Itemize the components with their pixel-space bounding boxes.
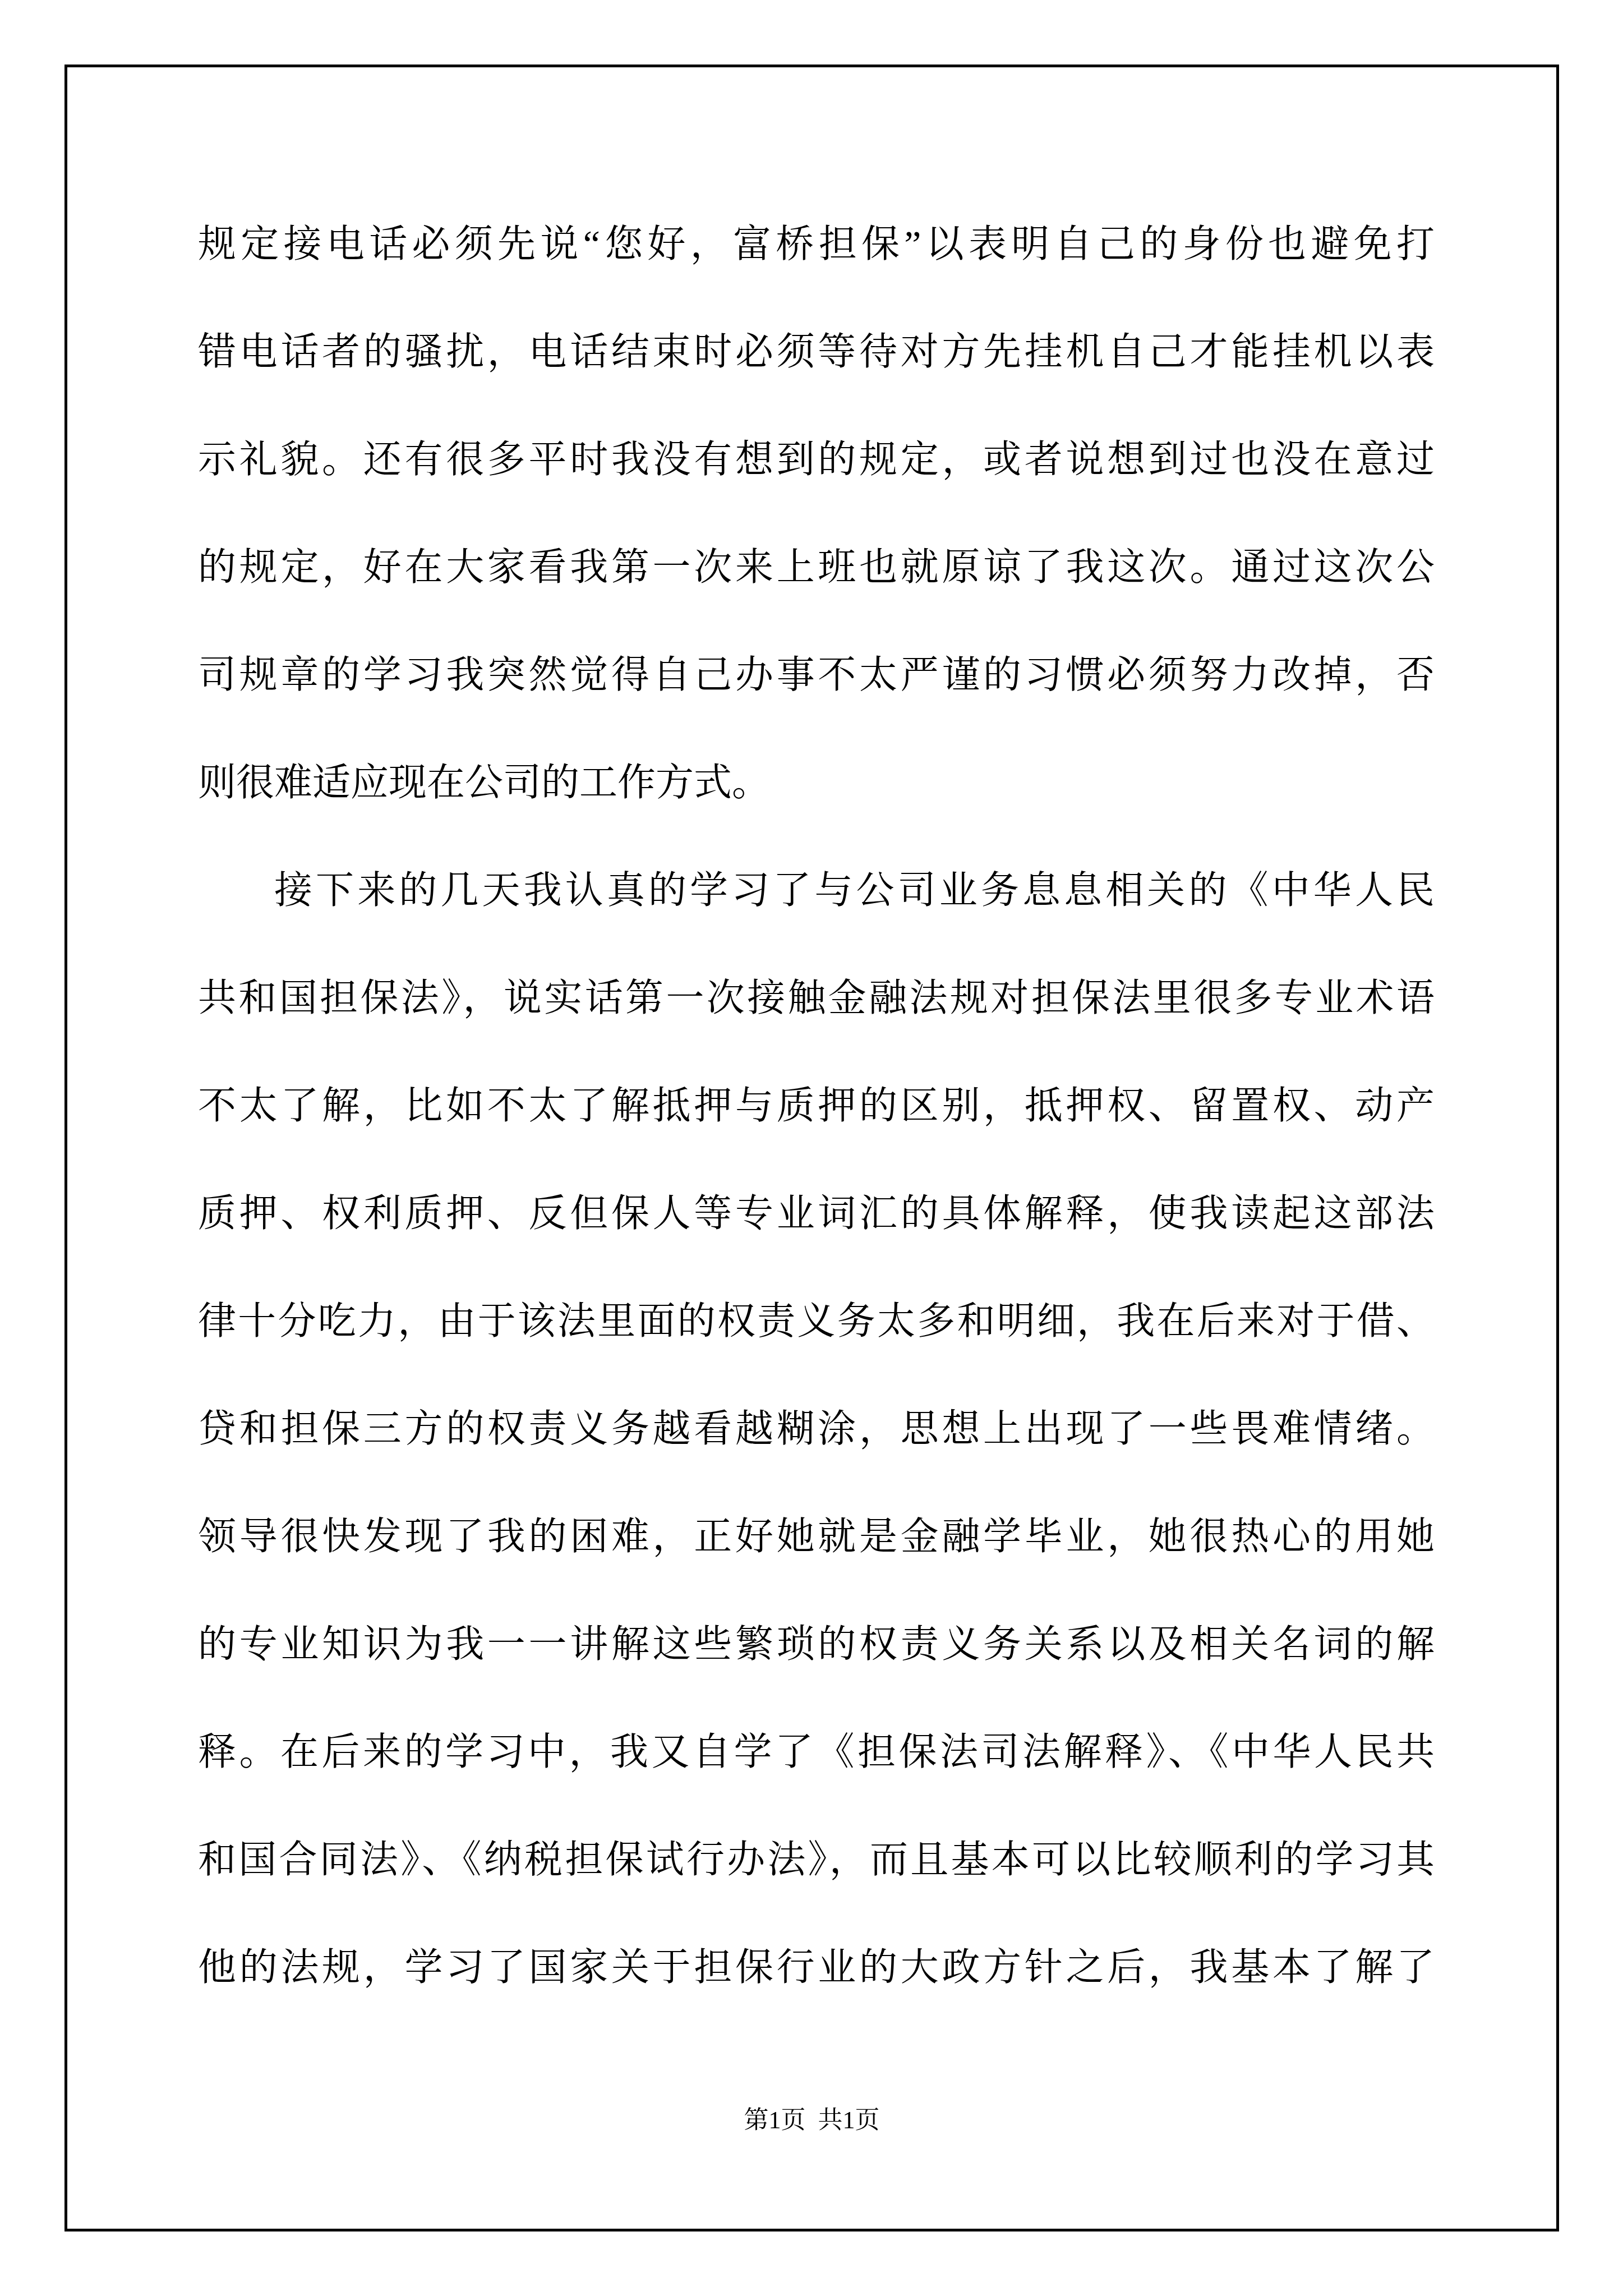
text-line: 规定接电话必须先说“您好，富桥担保”以表明自己的身份也避免打 <box>198 190 1435 298</box>
text-line: 释。在后来的学习中，我又自学了《担保法司法解释》、《中华人民共 <box>198 1698 1435 1806</box>
text-line: 司规章的学习我突然觉得自己办事不太严谨的习惯必须努力改掉，否 <box>198 621 1435 729</box>
page-number: 第1页 共1页 <box>744 2106 880 2134</box>
text-line: 和国合同法》、《纳税担保试行办法》，而且基本可以比较顺利的学习其 <box>198 1806 1435 1913</box>
text-line: 共和国担保法》，说实话第一次接触金融法规对担保法里很多专业术语 <box>198 944 1435 1052</box>
text-line: 的专业知识为我一一讲解这些繁琐的权责义务关系以及相关名词的解 <box>198 1590 1435 1698</box>
text-line: 贷和担保三方的权责义务越看越糊涂，思想上出现了一些畏难情绪。 <box>198 1375 1435 1483</box>
text-line: 的规定，好在大家看我第一次来上班也就原谅了我这次。通过这次公 <box>198 513 1435 621</box>
page-footer: 第1页 共1页 <box>67 2104 1556 2137</box>
text-line: 错电话者的骚扰，电话结束时必须等待对方先挂机自己才能挂机以表 <box>198 298 1435 406</box>
document-body-text: 规定接电话必须先说“您好，富桥担保”以表明自己的身份也避免打 错电话者的骚扰，电… <box>198 190 1435 2021</box>
text-line: 示礼貌。还有很多平时我没有想到的规定，或者说想到过也没在意过 <box>198 406 1435 513</box>
text-line: 接下来的几天我认真的学习了与公司业务息息相关的《中华人民 <box>198 836 1435 944</box>
text-line: 领导很快发现了我的困难，正好她就是金融学毕业，她很热心的用她 <box>198 1483 1435 1590</box>
page-border-frame: 规定接电话必须先说“您好，富桥担保”以表明自己的身份也避免打 错电话者的骚扰，电… <box>64 65 1559 2231</box>
text-line: 则很难适应现在公司的工作方式。 <box>198 729 1435 836</box>
text-line: 他的法规，学习了国家关于担保行业的大政方针之后，我基本了解了 <box>198 1913 1435 2021</box>
text-line: 律十分吃力，由于该法里面的权责义务太多和明细，我在后来对于借、 <box>198 1267 1435 1375</box>
text-line: 质押、权利质押、反但保人等专业词汇的具体解释，使我读起这部法 <box>198 1159 1435 1267</box>
text-line: 不太了解，比如不太了解抵押与质押的区别，抵押权、留置权、动产 <box>198 1052 1435 1159</box>
document-page: 规定接电话必须先说“您好，富桥担保”以表明自己的身份也避免打 错电话者的骚扰，电… <box>0 0 1623 2296</box>
